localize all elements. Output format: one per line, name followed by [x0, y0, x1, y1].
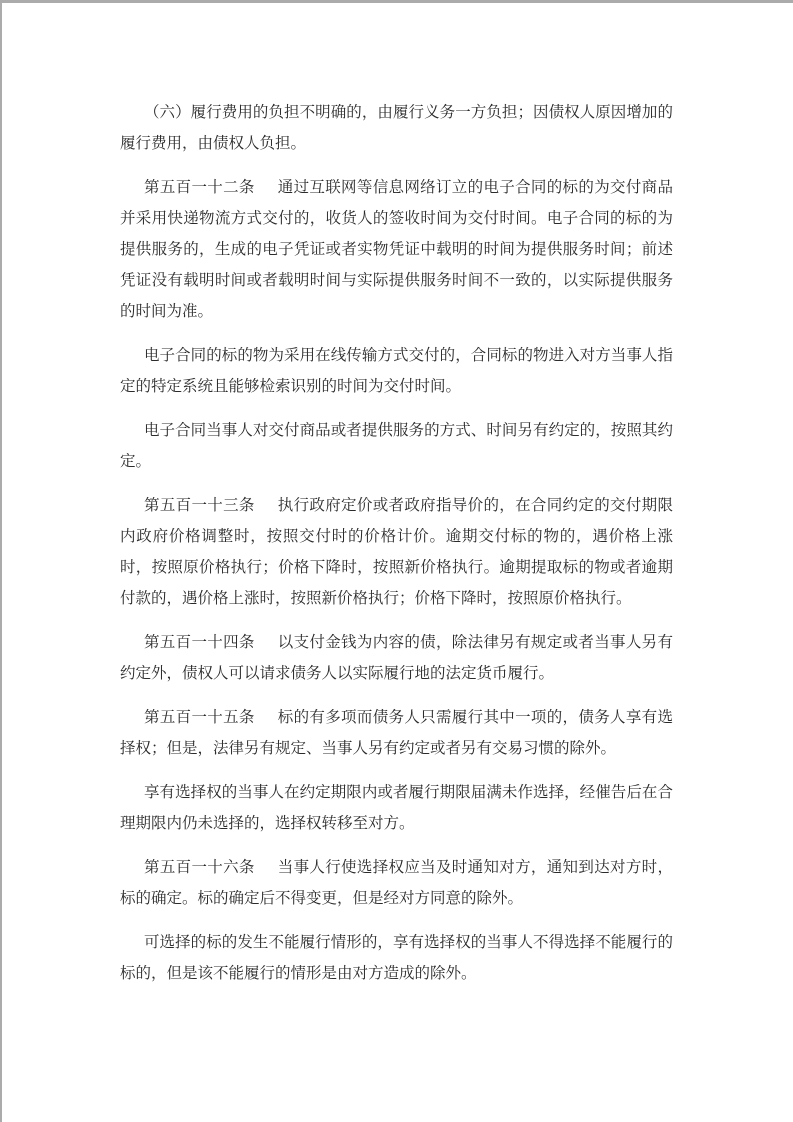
paragraph: 第五百一十五条标的有多项而债务人只需履行其中一项的，债务人享有选择权；但是，法律… — [120, 702, 673, 764]
document-page: （六）履行费用的负担不明确的，由履行义务一方负担；因债权人原因增加的履行费用，由… — [0, 0, 793, 1122]
paragraph: 电子合同当事人对交付商品或者提供服务的方式、时间另有约定的，按照其约定。 — [120, 415, 673, 477]
paragraph-text: 电子合同当事人对交付商品或者提供服务的方式、时间另有约定的，按照其约定。 — [120, 422, 673, 470]
paragraph-text: （六）履行费用的负担不明确的，由履行义务一方负担；因债权人原因增加的履行费用，由… — [120, 104, 673, 152]
paragraph-text: 电子合同的标的物为采用在线传输方式交付的，合同标的物进入对方当事人指定的特定系统… — [120, 347, 673, 395]
paragraph: 第五百一十六条当事人行使选择权应当及时通知对方，通知到达对方时，标的确定。标的确… — [120, 852, 673, 914]
paragraph: 享有选择权的当事人在约定期限内或者履行期限届满未作选择，经催告后在合理期限内仍未… — [120, 777, 673, 839]
article-number: 第五百一十六条 — [144, 859, 255, 876]
paragraph: 可选择的标的发生不能履行情形的，享有选择权的当事人不得选择不能履行的标的，但是该… — [120, 927, 673, 989]
paragraph: （六）履行费用的负担不明确的，由履行义务一方负担；因债权人原因增加的履行费用，由… — [120, 97, 673, 159]
paragraph: 第五百一十四条以支付金钱为内容的债，除法律另有规定或者当事人另有约定外，债权人可… — [120, 627, 673, 689]
article-number: 第五百一十五条 — [144, 709, 255, 726]
article-number: 第五百一十四条 — [144, 634, 255, 651]
paragraph: 第五百一十二条通过互联网等信息网络订立的电子合同的标的为交付商品并采用快递物流方… — [120, 172, 673, 327]
paragraph: 第五百一十三条执行政府定价或者政府指导价的，在合同约定的交付期限内政府价格调整时… — [120, 490, 673, 614]
paragraph-text: 可选择的标的发生不能履行情形的，享有选择权的当事人不得选择不能履行的标的，但是该… — [120, 934, 673, 982]
article-number: 第五百一十三条 — [144, 497, 255, 514]
paragraph-text: 享有选择权的当事人在约定期限内或者履行期限届满未作选择，经催告后在合理期限内仍未… — [120, 784, 673, 832]
document-body: （六）履行费用的负担不明确的，由履行义务一方负担；因债权人原因增加的履行费用，由… — [120, 97, 673, 989]
paragraph-text: 通过互联网等信息网络订立的电子合同的标的为交付商品并采用快递物流方式交付的，收货… — [120, 179, 673, 320]
article-number: 第五百一十二条 — [144, 179, 255, 196]
paragraph: 电子合同的标的物为采用在线传输方式交付的，合同标的物进入对方当事人指定的特定系统… — [120, 340, 673, 402]
